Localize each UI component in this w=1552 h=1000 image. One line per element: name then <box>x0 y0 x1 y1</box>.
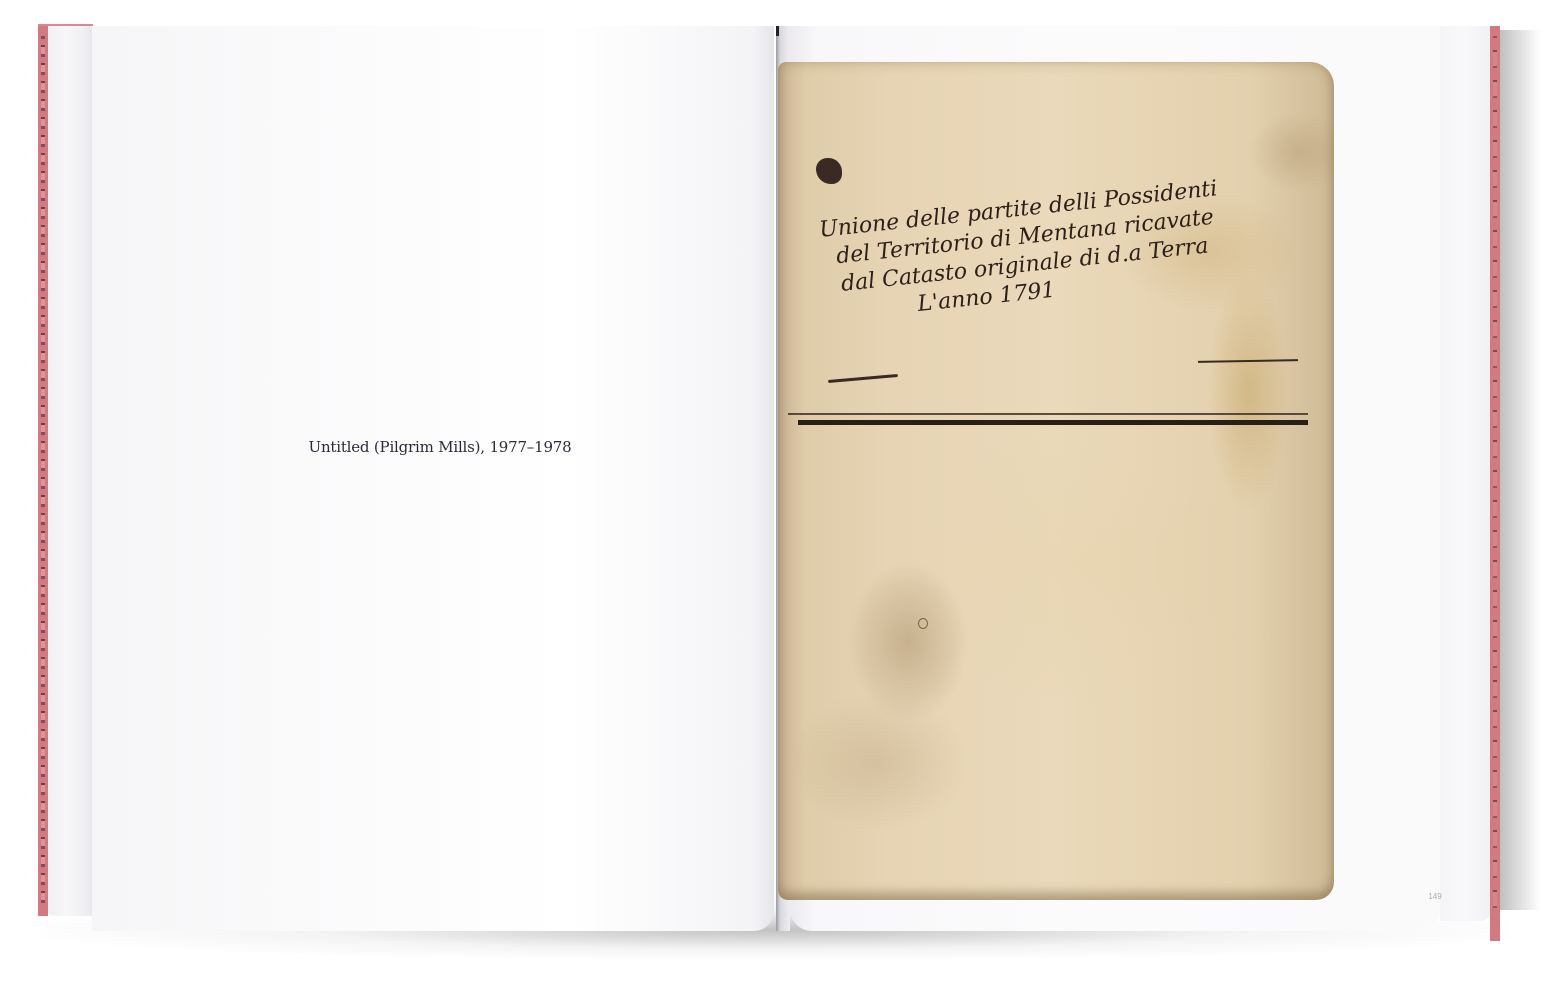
pen-flourish-left <box>828 374 898 383</box>
left-page <box>92 26 774 931</box>
page-number: 149 <box>1420 892 1450 901</box>
page-stack-right <box>1440 26 1492 921</box>
cover-pattern-left <box>41 36 45 906</box>
cover-pattern-right <box>1493 36 1497 916</box>
ruled-line-thin <box>788 413 1308 415</box>
manuscript-handwriting: Unione delle partite delli Possidenti de… <box>818 165 1327 329</box>
stain-ring <box>918 618 928 629</box>
manuscript-photograph: Unione delle partite delli Possidenti de… <box>778 62 1334 900</box>
ink-blot <box>816 158 842 184</box>
book-side-shadow <box>1500 30 1540 910</box>
plate-caption: Untitled (Pilgrim Mills), 1977–1978 <box>300 438 580 456</box>
book-cover-left-edge <box>38 26 48 916</box>
pen-flourish-right <box>1198 359 1298 363</box>
gutter-spine-mark <box>776 26 779 36</box>
ruled-line-thick <box>798 420 1308 425</box>
book-cover-right-edge <box>1490 26 1500 941</box>
page-stack-left <box>48 26 94 916</box>
